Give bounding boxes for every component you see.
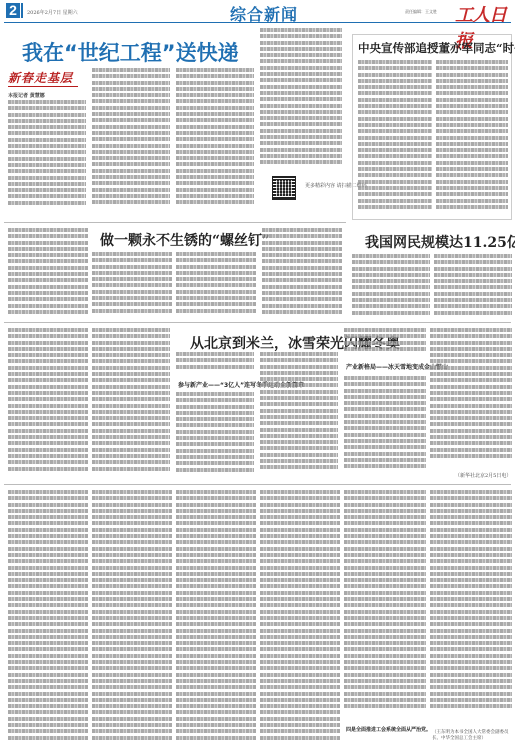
article-2-col-2 <box>436 60 508 214</box>
divider <box>4 484 511 485</box>
page-bar <box>21 3 23 18</box>
issue-date: 2026年2月7日 星期六 <box>27 9 78 16</box>
article-5-col-6 <box>430 328 512 468</box>
header-rule <box>4 22 511 23</box>
article-3-col-2 <box>92 252 172 318</box>
divider <box>4 322 511 323</box>
qr-code[interactable] <box>272 176 296 200</box>
headline-time-model[interactable]: 中央宣传部追授董亦军同志“时代楷模”称号 <box>358 40 515 56</box>
subhead-party-discipline: 四是全面推进工会系统全面从严治党。 <box>346 726 431 733</box>
article-5-col-3a <box>176 352 254 374</box>
article-6-col-1 <box>8 490 88 742</box>
article-1-col-1 <box>8 100 86 210</box>
article-2-col-1 <box>358 60 432 214</box>
author-note: （王东明为本书全国人大常委会副委员长、中华全国总工会主席） <box>432 730 512 742</box>
article-1-col-4 <box>260 28 342 168</box>
article-3-col-1 <box>8 228 88 318</box>
page-header: 2 2026年2月7日 星期六 综合新闻 责任编辑：王文胜 工人日报 <box>0 0 515 22</box>
article-5-col-2 <box>92 328 170 478</box>
article-6-col-6 <box>430 490 512 718</box>
article-6-col-2 <box>92 490 172 742</box>
divider <box>4 222 346 223</box>
article-3-col-3 <box>176 252 256 318</box>
headline-netizens[interactable]: 我国网民规模达11.25亿人 <box>365 232 515 252</box>
article-4-col-1 <box>352 254 430 318</box>
article-5-col-1 <box>8 328 88 478</box>
headline-screw[interactable]: 做一颗永不生锈的“螺丝钉” <box>100 230 270 250</box>
article-6-col-3 <box>176 490 256 742</box>
dateline-xinhua: （新华社北京2月5日电） <box>455 472 511 479</box>
article-5-col-3b <box>176 392 254 478</box>
article-6-col-5 <box>344 490 426 716</box>
article-5-col-4 <box>260 352 338 478</box>
editor-credit: 责任编辑：王文胜 <box>405 9 437 15</box>
article-3-col-4 <box>262 228 342 318</box>
article-5-col-5b <box>344 376 426 478</box>
article-4-col-2 <box>434 254 512 318</box>
page-number: 2 <box>6 3 20 18</box>
kicker-label: 新春走基层 <box>8 69 73 86</box>
headline-century-project[interactable]: 我在“世纪工程”送快递 <box>22 37 239 67</box>
article-6-col-4 <box>260 490 340 742</box>
byline: 本报记者 黄慧娜 <box>8 92 45 99</box>
kicker-rule <box>8 86 78 87</box>
article-1-col-3 <box>176 68 254 210</box>
article-1-col-2 <box>92 68 170 210</box>
article-5-col-5a <box>344 328 426 354</box>
